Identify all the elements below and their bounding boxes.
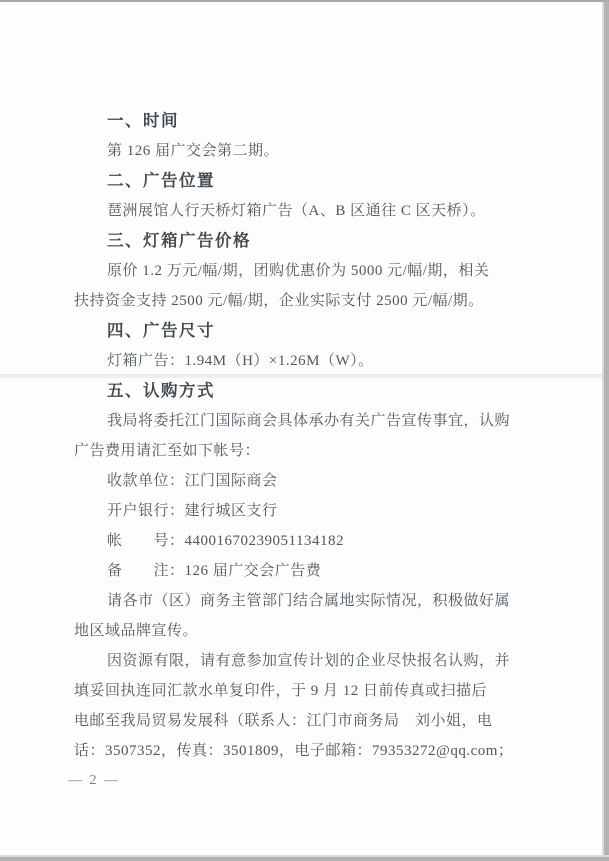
page-number: — 2 — bbox=[68, 768, 120, 794]
scan-edge-right bbox=[604, 2, 609, 861]
document-line: 帐 号：44001670239051134182 bbox=[74, 526, 544, 556]
scan-edge-top bbox=[0, 0, 609, 2]
document-line: 原价 1.2 万元/幅/期，团购优惠价为 5000 元/幅/期，相关 bbox=[74, 256, 544, 286]
section-heading: 五、认购方式 bbox=[74, 376, 544, 406]
document-line: 开户银行：建行城区支行 bbox=[74, 496, 544, 526]
document-line: 电邮至我局贸易发展科（联系人：江门市商务局 刘小姐，电 bbox=[74, 706, 544, 736]
document-line: 琶洲展馆人行天桥灯箱广告（A、B 区通往 C 区天桥）。 bbox=[74, 196, 544, 226]
section-heading: 四、广告尺寸 bbox=[74, 316, 544, 346]
scanned-document-page: 一、时间第 126 届广交会第二期。二、广告位置琶洲展馆人行天桥灯箱广告（A、B… bbox=[0, 0, 609, 861]
document-line: 灯箱广告：1.94M（H）×1.26M（W）。 bbox=[74, 346, 544, 376]
document-line: 备 注：126 届广交会广告费 bbox=[74, 556, 544, 586]
document-line: 我局将委托江门国际商会具体承办有关广告宣传事宜，认购 bbox=[74, 406, 544, 436]
section-heading: 三、灯箱广告价格 bbox=[74, 226, 544, 256]
document-line: 填妥回执连同汇款水单复印件，于 9 月 12 日前传真或扫描后 bbox=[74, 676, 544, 706]
document-line: 扶持资金支持 2500 元/幅/期，企业实际支付 2500 元/幅/期。 bbox=[74, 286, 544, 316]
document-body: 一、时间第 126 届广交会第二期。二、广告位置琶洲展馆人行天桥灯箱广告（A、B… bbox=[74, 106, 544, 766]
scan-edge-bottom bbox=[0, 857, 609, 861]
document-line: 因资源有限，请有意参加宣传计划的企业尽快报名认购，并 bbox=[74, 646, 544, 676]
document-line: 广告费用请汇至如下帐号： bbox=[74, 436, 544, 466]
section-heading: 二、广告位置 bbox=[74, 166, 544, 196]
document-line: 话：3507352，传真：3501809，电子邮箱：79353272@qq.co… bbox=[74, 736, 544, 766]
document-line: 请各市（区）商务主管部门结合属地实际情况，积极做好属 bbox=[74, 586, 544, 616]
document-line: 第 126 届广交会第二期。 bbox=[74, 136, 544, 166]
document-line: 收款单位：江门国际商会 bbox=[74, 466, 544, 496]
section-heading: 一、时间 bbox=[74, 106, 544, 136]
document-line: 地区域品牌宣传。 bbox=[74, 616, 544, 646]
